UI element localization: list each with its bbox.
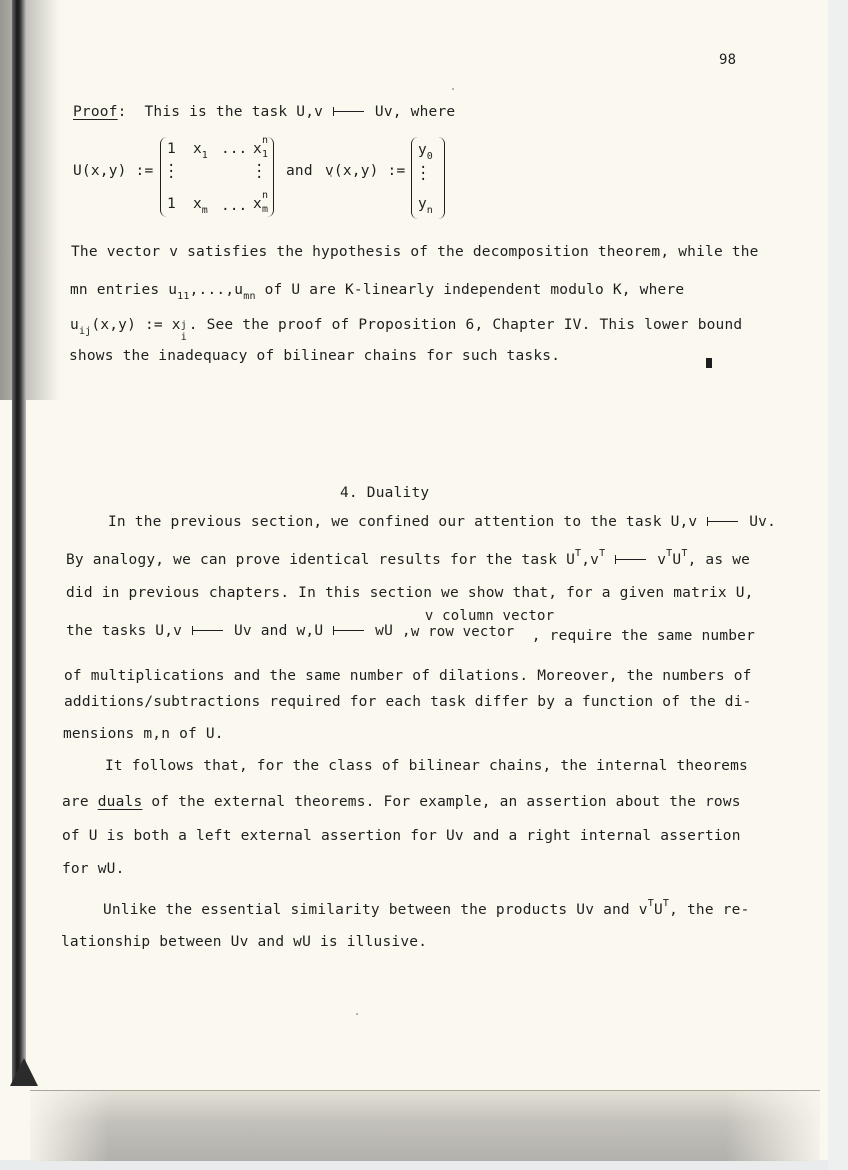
- page-number: 98: [719, 53, 736, 67]
- maps-to-arrow-icon: [191, 626, 225, 636]
- vector-cell: y0: [418, 143, 433, 158]
- vertical-dots-icon: ···: [419, 165, 425, 183]
- U-definition-lhs: U(x,y) :=: [73, 164, 153, 179]
- matrix-cell: xn1: [253, 142, 262, 157]
- matrix-cell: ...: [221, 199, 247, 214]
- bottom-page-shadow: [30, 1090, 820, 1161]
- maps-to-arrow-icon: [332, 107, 366, 117]
- scan-speck: [330, 175, 332, 177]
- proof-line-2: mn entries u11,...,umn of U are K-linear…: [70, 283, 684, 298]
- vector-cell: yn: [418, 197, 433, 212]
- maps-to-arrow-icon: [706, 517, 740, 527]
- section-heading: 4. Duality: [340, 486, 429, 501]
- para2-line-3: of U is both a left external assertion f…: [62, 829, 741, 844]
- matrix-cell: 1: [167, 142, 176, 157]
- scan-margin: [828, 0, 848, 1170]
- para2-line-4: for wU.: [62, 862, 125, 877]
- proof-intro-text-end: Uv, where: [366, 104, 455, 120]
- para1-line-7: mensions m,n of U.: [63, 727, 224, 742]
- para1-line-3: did in previous chapters. In this sectio…: [66, 586, 754, 601]
- binding-shadow: [0, 0, 60, 400]
- para3-line-2: lationship between Uv and wU is illusive…: [61, 935, 427, 950]
- para1-line-2: By analogy, we can prove identical resul…: [66, 553, 750, 568]
- proof-line-3: uij(x,y) := xji. See the proof of Propos…: [70, 318, 742, 333]
- matrix-cell: xnm: [253, 197, 262, 212]
- scanned-page: 98 Proof: This is the task U,v Uv, where…: [0, 0, 828, 1160]
- para2-line-1: It follows that, for the class of biline…: [105, 759, 748, 774]
- para1-line-6: additions/subtractions required for each…: [64, 695, 752, 710]
- proof-label: Proof: [73, 104, 118, 120]
- vector-v: y0 ··· yn: [411, 137, 445, 219]
- book-spine-edge: [12, 0, 26, 1085]
- proof-line-1: The vector v satisfies the hypothesis of…: [71, 245, 759, 260]
- proof-intro-text: This is the task U,v: [144, 104, 332, 120]
- matrix-cell: 1: [167, 197, 176, 212]
- proof-line-4: shows the inadequacy of bilinear chains …: [69, 349, 560, 364]
- matrix-cell: ...: [221, 142, 247, 157]
- para3-line-1: Unlike the essential similarity between …: [103, 903, 750, 918]
- scan-speck: [356, 1013, 358, 1015]
- proof-colon: :: [118, 104, 127, 120]
- proof-intro: Proof: This is the task U,v Uv, where: [73, 105, 455, 120]
- para1-line-4: the tasks U,v Uv and w,U wU ,v column ve…: [66, 621, 755, 639]
- duals-underlined: duals: [98, 794, 143, 810]
- para1-line-5: of multiplications and the same number o…: [64, 669, 752, 684]
- vertical-dots-icon: ···: [167, 163, 173, 181]
- spine-foot: [10, 1058, 38, 1086]
- scan-speck: [452, 88, 454, 90]
- para2-line-2: are duals of the external theorems. For …: [62, 795, 741, 810]
- end-of-proof-square-icon: [706, 358, 712, 368]
- v-definition-lhs: v(x,y) :=: [325, 164, 405, 179]
- matrix-cell: xm: [193, 197, 208, 212]
- para1-line-1: In the previous section, we confined our…: [108, 515, 776, 530]
- matrix-cell: x1: [193, 142, 208, 157]
- vector-type-note: v column vectorw row vector: [411, 621, 523, 635]
- vertical-dots-icon: ···: [255, 163, 261, 181]
- and-connector: and: [286, 164, 313, 179]
- matrix-U: 1 x1 ... xn1 ··· ··· 1 xm ... xnm: [160, 137, 274, 217]
- maps-to-arrow-icon: [614, 555, 648, 565]
- maps-to-arrow-icon: [332, 626, 366, 636]
